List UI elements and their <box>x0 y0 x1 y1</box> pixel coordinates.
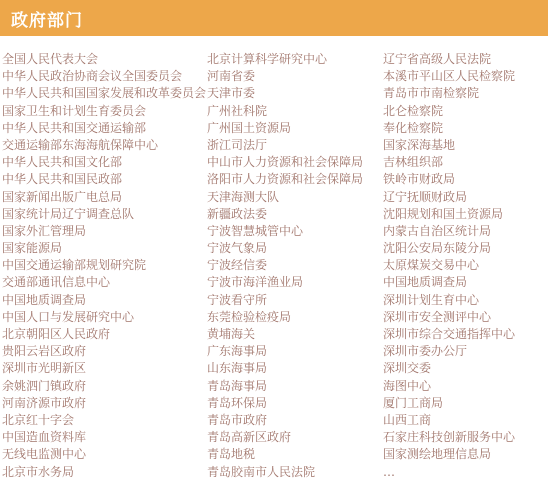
gov-department-link[interactable]: 中华人民政治协商会议全国委员会 <box>2 68 207 85</box>
gov-department-link[interactable]: 国家外汇管理局 <box>2 223 207 240</box>
gov-department-link[interactable]: 东莞检验检疫局 <box>207 309 383 326</box>
gov-department-link[interactable]: 贵阳云岩区政府 <box>2 343 207 360</box>
government-departments-page: 政府部门 全国人民代表大会中华人民政治协商会议全国委员会中华人民共和国国家发展和… <box>0 0 548 493</box>
gov-department-link[interactable]: 北京红十字会 <box>2 412 207 429</box>
gov-department-link[interactable]: 中华人民共和国民政部 <box>2 171 207 188</box>
gov-department-link[interactable]: 国家卫生和计划生育委员会 <box>2 103 207 120</box>
gov-department-link[interactable]: 铁岭市财政局 <box>383 171 548 188</box>
gov-department-link[interactable]: 新疆政法委 <box>207 206 383 223</box>
gov-department-link[interactable]: 宁波智慧城管中心 <box>207 223 383 240</box>
gov-department-link[interactable]: 太原煤炭交易中心 <box>383 257 548 274</box>
gov-department-link[interactable]: 青岛地税 <box>207 446 383 463</box>
gov-department-link[interactable]: 河南省委 <box>207 68 383 85</box>
gov-department-link[interactable]: 宁波市海洋渔业局 <box>207 274 383 291</box>
gov-department-link[interactable]: 交通运输部东海海航保障中心 <box>2 137 207 154</box>
gov-department-link[interactable]: 深圳市委办公厅 <box>383 343 548 360</box>
gov-department-link[interactable]: 石家庄科技创新服务中心 <box>383 429 548 446</box>
gov-department-link[interactable]: 天津海测大队 <box>207 189 383 206</box>
gov-department-link[interactable]: 宁波气象局 <box>207 240 383 257</box>
gov-department-link[interactable]: 广东海事局 <box>207 343 383 360</box>
gov-department-link[interactable]: 国家深海基地 <box>383 137 548 154</box>
section-title: 政府部门 <box>11 6 83 31</box>
gov-department-link[interactable]: 广州国土资源局 <box>207 120 383 137</box>
gov-department-link[interactable]: 深圳计划生育中心 <box>383 292 548 309</box>
gov-department-link[interactable]: 青岛环保局 <box>207 395 383 412</box>
gov-department-link[interactable]: 宁波经信委 <box>207 257 383 274</box>
gov-department-link[interactable]: 奉化检察院 <box>383 120 548 137</box>
gov-department-link[interactable]: 中国地质调查局 <box>2 292 207 309</box>
gov-department-link[interactable]: 中国交通运输部规划研究院 <box>2 257 207 274</box>
gov-department-link[interactable]: 深圳交委 <box>383 360 548 377</box>
gov-department-link[interactable]: 中国造血资料库 <box>2 429 207 446</box>
gov-department-link[interactable]: 河南济源市政府 <box>2 395 207 412</box>
gov-department-link[interactable]: 北京市水务局 <box>2 464 207 481</box>
gov-department-link[interactable]: 中华人民共和国交通运输部 <box>2 120 207 137</box>
gov-department-link[interactable]: 海图中心 <box>383 378 548 395</box>
gov-department-link[interactable]: 北仑检察院 <box>383 103 548 120</box>
gov-department-link[interactable]: … <box>383 464 548 481</box>
gov-department-link[interactable]: 中华人民共和国文化部 <box>2 154 207 171</box>
gov-department-link[interactable]: 中华人民共和国国家发展和改革委员会 <box>2 85 207 102</box>
gov-department-link[interactable]: 中国人口与发展研究中心 <box>2 309 207 326</box>
gov-department-link[interactable]: 中山市人力资源和社会保障局 <box>207 154 383 171</box>
gov-department-link[interactable]: 无线电监测中心 <box>2 446 207 463</box>
gov-department-link[interactable]: 交通部通讯信息中心 <box>2 274 207 291</box>
gov-department-link[interactable]: 中国地质调查局 <box>383 274 548 291</box>
department-column-1: 全国人民代表大会中华人民政治协商会议全国委员会中华人民共和国国家发展和改革委员会… <box>2 51 207 481</box>
gov-department-link[interactable]: 沈阳规划和国土资源局 <box>383 206 548 223</box>
gov-department-link[interactable]: 深圳市安全测评中心 <box>383 309 548 326</box>
gov-department-link[interactable]: 洛阳市人力资源和社会保障局 <box>207 171 383 188</box>
gov-department-link[interactable]: 天津市委 <box>207 85 383 102</box>
department-list: 全国人民代表大会中华人民政治协商会议全国委员会中华人民共和国国家发展和改革委员会… <box>0 36 548 481</box>
department-column-3: 辽宁省高级人民法院本溪市平山区人民检察院青岛市市南检察院北仑检察院奉化检察院国家… <box>383 51 548 481</box>
gov-department-link[interactable]: 北京计算科学研究中心 <box>207 51 383 68</box>
department-column-2: 北京计算科学研究中心河南省委天津市委广州社科院广州国土资源局浙江司法厅中山市人力… <box>207 51 383 481</box>
gov-department-link[interactable]: 内蒙古自治区统计局 <box>383 223 548 240</box>
gov-department-link[interactable]: 青岛市市南检察院 <box>383 85 548 102</box>
gov-department-link[interactable]: 宁波看守所 <box>207 292 383 309</box>
gov-department-link[interactable]: 深圳市光明新区 <box>2 360 207 377</box>
gov-department-link[interactable]: 国家新闻出版广电总局 <box>2 189 207 206</box>
gov-department-link[interactable]: 黄埔海关 <box>207 326 383 343</box>
section-header: 政府部门 <box>0 0 548 36</box>
gov-department-link[interactable]: 北京朝阳区人民政府 <box>2 326 207 343</box>
gov-department-link[interactable]: 山西工商 <box>383 412 548 429</box>
gov-department-link[interactable]: 辽宁抚顺财政局 <box>383 189 548 206</box>
gov-department-link[interactable]: 沈阳公安局东陵分局 <box>383 240 548 257</box>
gov-department-link[interactable]: 全国人民代表大会 <box>2 51 207 68</box>
gov-department-link[interactable]: 厦门工商局 <box>383 395 548 412</box>
gov-department-link[interactable]: 青岛海事局 <box>207 378 383 395</box>
gov-department-link[interactable]: 山东海事局 <box>207 360 383 377</box>
gov-department-link[interactable]: 浙江司法厅 <box>207 137 383 154</box>
gov-department-link[interactable]: 辽宁省高级人民法院 <box>383 51 548 68</box>
gov-department-link[interactable]: 吉林组织部 <box>383 154 548 171</box>
gov-department-link[interactable]: 国家能源局 <box>2 240 207 257</box>
gov-department-link[interactable]: 青岛高新区政府 <box>207 429 383 446</box>
gov-department-link[interactable]: 余姚泗门镇政府 <box>2 378 207 395</box>
gov-department-link[interactable]: 广州社科院 <box>207 103 383 120</box>
gov-department-link[interactable]: 深圳市综合交通指挥中心 <box>383 326 548 343</box>
gov-department-link[interactable]: 国家统计局辽宁调查总队 <box>2 206 207 223</box>
gov-department-link[interactable]: 青岛胶南市人民法院 <box>207 464 383 481</box>
gov-department-link[interactable]: 本溪市平山区人民检察院 <box>383 68 548 85</box>
gov-department-link[interactable]: 国家测绘地理信息局 <box>383 446 548 463</box>
gov-department-link[interactable]: 青岛市政府 <box>207 412 383 429</box>
